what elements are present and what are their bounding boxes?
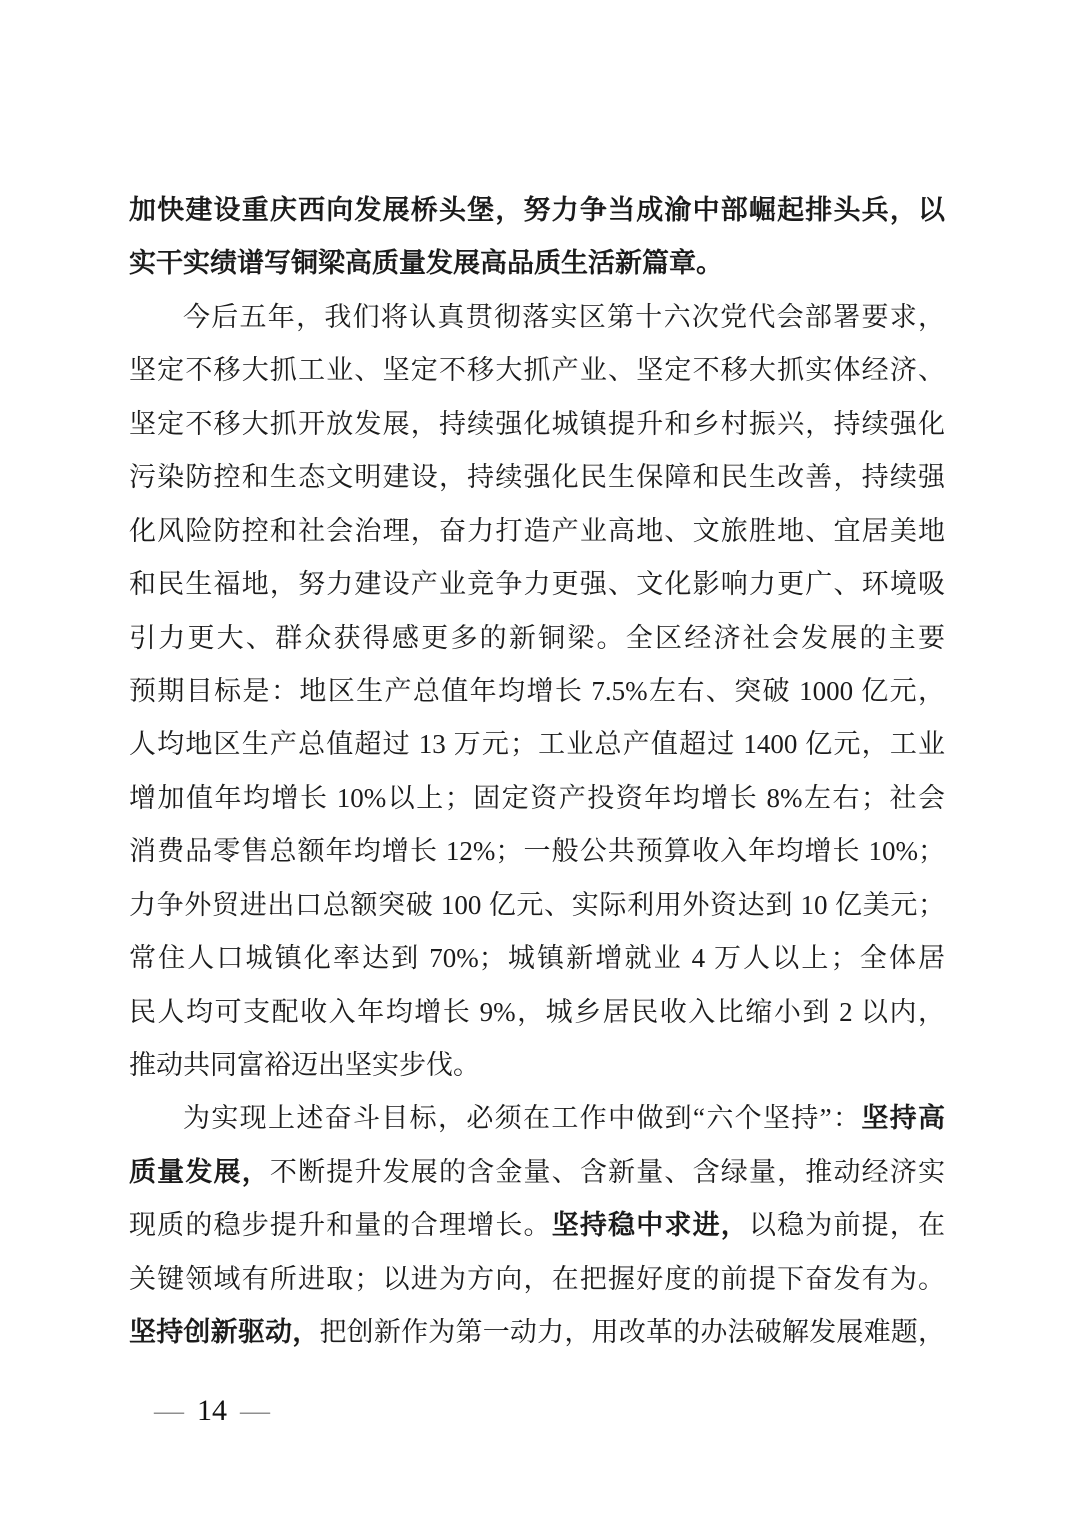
text-run: 民人均可支配收入年均增长 9%，城乡居民收入比缩小到 2 以内， [129, 997, 945, 1027]
text-run: 预期目标是：地区生产总值年均增长 7.5%左右、突破 1000 亿元， [129, 676, 945, 706]
emphasis-text-run: 加快建设重庆西向发展桥头堡，努力争当成渝中部崛起排头兵，以 [129, 195, 945, 225]
text-run: 常住人口城镇化率达到 70%；城镇新增就业 4 万人以上；全体居 [129, 943, 945, 973]
text-run: 污染防控和生态文明建设，持续强化民生保障和民生改善，持续强 [129, 462, 945, 492]
emphasis-text-run: 实干实绩谱写铜梁高质量发展高品质生活新篇章。 [129, 248, 723, 278]
text-run: 今后五年，我们将认真贯彻落实区第十六次党代会部署要求， [183, 302, 945, 332]
text-line: 为实现上述奋斗目标，必须在工作中做到“六个坚持”：坚持高 [129, 1092, 945, 1145]
text-line: 化风险防控和社会治理，奋力打造产业高地、文旅胜地、宜居美地 [129, 505, 945, 558]
text-line: 质量发展，不断提升发展的含金量、含新量、含绿量，推动经济实 [129, 1146, 945, 1199]
emphasis-text-run: 坚持稳中求进， [552, 1210, 749, 1240]
text-run: 以稳为前提，在 [749, 1210, 945, 1240]
emphasis-text-run: 坚持创新驱动， [129, 1317, 319, 1347]
page-number: 14 [197, 1386, 227, 1436]
text-line: 消费品零售总额年均增长 12%；一般公共预算收入年均增长 10%； [129, 825, 945, 878]
text-run: 坚定不移大抓工业、坚定不移大抓产业、坚定不移大抓实体经济、 [129, 355, 945, 385]
footer-dash-right: — [240, 1386, 270, 1436]
document-body: 加快建设重庆西向发展桥头堡，努力争当成渝中部崛起排头兵，以实干实绩谱写铜梁高质量… [129, 184, 945, 1360]
text-run: 和民生福地，努力建设产业竞争力更强、文化影响力更广、环境吸 [129, 569, 945, 599]
text-line: 坚定不移大抓开放发展，持续强化城镇提升和乡村振兴，持续强化 [129, 398, 945, 451]
text-line: 实干实绩谱写铜梁高质量发展高品质生活新篇章。 [129, 237, 945, 290]
document-page: 加快建设重庆西向发展桥头堡，努力争当成渝中部崛起排头兵，以实干实绩谱写铜梁高质量… [0, 0, 1074, 1520]
text-line: 坚持创新驱动，把创新作为第一动力，用改革的办法破解发展难题， [129, 1306, 945, 1359]
text-line: 力争外贸进出口总额突破 100 亿元、实际利用外资达到 10 亿美元； [129, 879, 945, 932]
text-line: 常住人口城镇化率达到 70%；城镇新增就业 4 万人以上；全体居 [129, 932, 945, 985]
text-line: 和民生福地，努力建设产业竞争力更强、文化影响力更广、环境吸 [129, 558, 945, 611]
text-line: 民人均可支配收入年均增长 9%，城乡居民收入比缩小到 2 以内， [129, 986, 945, 1039]
footer-dash-left: — [154, 1386, 184, 1436]
text-run: 化风险防控和社会治理，奋力打造产业高地、文旅胜地、宜居美地 [129, 516, 945, 546]
text-run: 推动共同富裕迈出坚实步伐。 [129, 1050, 480, 1080]
text-line: 污染防控和生态文明建设，持续强化民生保障和民生改善，持续强 [129, 451, 945, 504]
page-footer: — 14 — [154, 1386, 270, 1436]
text-run: 引力更大、群众获得感更多的新铜梁。全区经济社会发展的主要 [129, 623, 945, 653]
text-run: 把创新作为第一动力，用改革的办法破解发展难题， [319, 1317, 945, 1347]
text-run: 消费品零售总额年均增长 12%；一般公共预算收入年均增长 10%； [129, 836, 945, 866]
text-line: 预期目标是：地区生产总值年均增长 7.5%左右、突破 1000 亿元， [129, 665, 945, 718]
text-run: 不断提升发展的含金量、含新量、含绿量，推动经济实 [270, 1157, 945, 1187]
text-line: 增加值年均增长 10%以上；固定资产投资年均增长 8%左右；社会 [129, 772, 945, 825]
text-line: 现质的稳步提升和量的合理增长。坚持稳中求进，以稳为前提，在 [129, 1199, 945, 1252]
text-run: 关键领域有所进取；以进为方向，在把握好度的前提下奋发有为。 [129, 1264, 945, 1294]
text-line: 人均地区生产总值超过 13 万元；工业总产值超过 1400 亿元，工业 [129, 718, 945, 771]
text-line: 今后五年，我们将认真贯彻落实区第十六次党代会部署要求， [129, 291, 945, 344]
text-line: 坚定不移大抓工业、坚定不移大抓产业、坚定不移大抓实体经济、 [129, 344, 945, 397]
text-run: 现质的稳步提升和量的合理增长。 [129, 1210, 552, 1240]
text-run: 增加值年均增长 10%以上；固定资产投资年均增长 8%左右；社会 [129, 783, 945, 813]
text-line: 推动共同富裕迈出坚实步伐。 [129, 1039, 945, 1092]
text-line: 关键领域有所进取；以进为方向，在把握好度的前提下奋发有为。 [129, 1253, 945, 1306]
text-run: 人均地区生产总值超过 13 万元；工业总产值超过 1400 亿元，工业 [129, 729, 945, 759]
text-run: 坚定不移大抓开放发展，持续强化城镇提升和乡村振兴，持续强化 [129, 409, 945, 439]
text-line: 加快建设重庆西向发展桥头堡，努力争当成渝中部崛起排头兵，以 [129, 184, 945, 237]
text-line: 引力更大、群众获得感更多的新铜梁。全区经济社会发展的主要 [129, 612, 945, 665]
text-run: 力争外贸进出口总额突破 100 亿元、实际利用外资达到 10 亿美元； [129, 890, 945, 920]
emphasis-text-run: 坚持高 [861, 1103, 945, 1133]
emphasis-text-run: 质量发展， [129, 1157, 270, 1187]
text-run: 为实现上述奋斗目标，必须在工作中做到“六个坚持”： [183, 1103, 861, 1133]
